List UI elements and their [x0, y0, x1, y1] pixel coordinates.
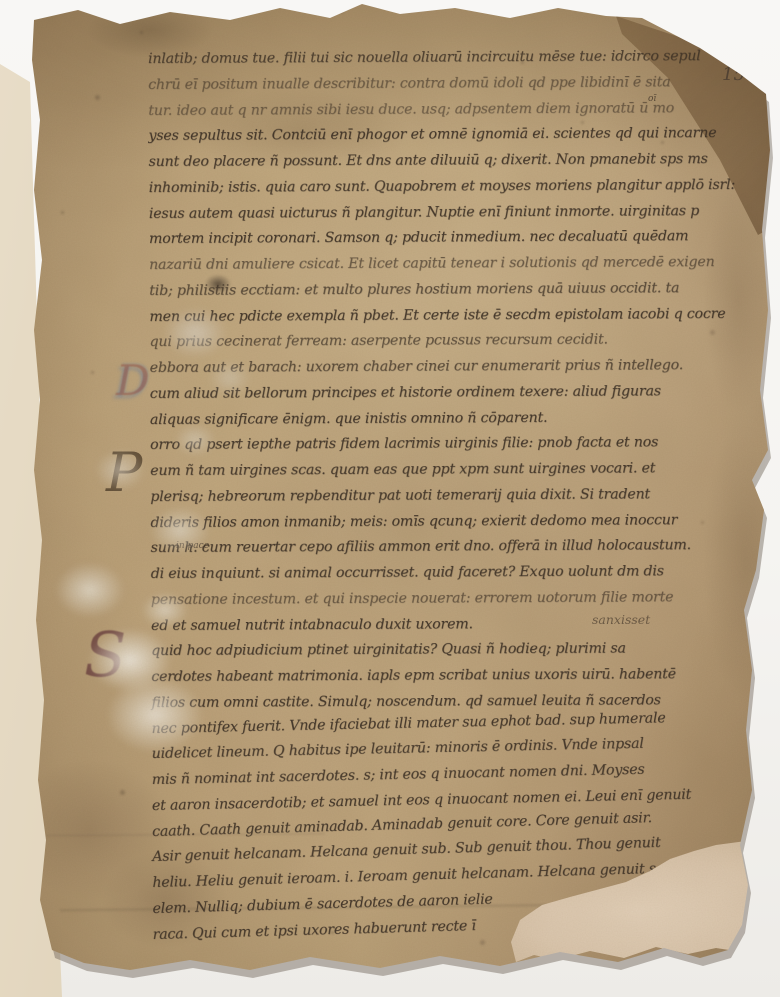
manuscript-line-28: uidelicet lineum. Q habitus ipe leuitarū…	[151, 730, 755, 768]
white-stain-upper	[140, 268, 260, 408]
decorated-initial-d: D	[116, 360, 150, 402]
manuscript-line-27: nec pontifex fuerit. Vnde ifaciebat illi…	[151, 704, 755, 742]
torn-corner-fragment	[0, 0, 780, 260]
manuscript-line-18: plerisq; hebreorum repbenditur pat uoti …	[150, 482, 754, 511]
manuscript-line-7: iesus autem quasi uicturus ñ plangitur. …	[149, 198, 753, 227]
margin-note: sanxisset	[592, 612, 650, 627]
manuscript-line-24: quid hoc adpiudicium ptinet uirginitatis…	[151, 636, 755, 665]
manuscript-text-block: inlatib; domus tue. filii tui sic nouell…	[148, 44, 757, 948]
ink-blot-stain	[196, 266, 242, 304]
parchment-leaf: inlatib; domus tue. filii tui sic nouell…	[0, 0, 780, 997]
manuscript-line-20: sum h. cum reuertar cepo afiliis ammon e…	[151, 533, 755, 562]
manuscript-line-13: ebbora aut et barach: uxorem chaber cine…	[150, 353, 754, 382]
manuscript-line-35: raca. Qui cum et ipsi uxores habuerunt r…	[152, 906, 756, 949]
manuscript-line-30: et aaron insacerdotib; et samuel int eos…	[152, 781, 756, 819]
manuscript-line-34: elem. Nulliq; dubium ē sacerdotes de aar…	[152, 880, 756, 923]
manuscript-line-16: orro qd psert iepthe patris fidem lacrim…	[150, 430, 754, 459]
manuscript-line-1: inlatib; domus tue. filii tui sic nouell…	[148, 44, 752, 73]
manuscript-line-22: pensatione incestum. et qui inspecie nou…	[151, 585, 755, 614]
manuscript-line-19: dideris filios amon inmanib; meis: omīs …	[150, 507, 754, 536]
manuscript-line-32: Asir genuit helcanam. Helcana genuit sub…	[152, 828, 756, 871]
decorated-initial-s: S	[84, 624, 126, 686]
manuscript-line-10: tib; philistiis ecctiam: et multo plures…	[149, 276, 753, 305]
manuscript-line-26: filios cum omni castite. Simulq; noscend…	[151, 688, 755, 717]
manuscript-line-25: cerdotes habeant matrimonia. iapls epm s…	[151, 662, 755, 691]
manuscript-line-12: qui prius cecinerat ferream: aserpente p…	[149, 327, 753, 356]
manuscript-line-17: eum ñ tam uirgines scas. quam eas que pp…	[150, 456, 754, 485]
interlinear-addition-in-pace: in pace	[176, 541, 209, 551]
horizontal-crease	[60, 903, 700, 913]
speckle-stains	[0, 0, 3, 3]
folio-number: 15	[722, 64, 745, 85]
manuscript-line-14: cum aliud sit bellorum principes et hist…	[150, 379, 754, 408]
interlinear-gloss: oī	[648, 94, 656, 104]
manuscript-line-6: inhominib; istis. quia caro sunt. Quapob…	[149, 173, 753, 202]
manuscript-line-29: mis ñ nominat int sacerdotes. s; int eos…	[152, 755, 756, 793]
manuscript-line-3: tur. ideo aut q nr amnis sibi iesu duce.…	[148, 95, 752, 124]
manuscript-line-33: heliu. Heliu genuit ieroam. i. Ieroam ge…	[152, 854, 756, 897]
manuscript-line-11: men cui hec pdicte exempla ñ pbet. Et ce…	[149, 301, 753, 330]
decorated-initial-p: P	[106, 446, 142, 500]
manuscript-line-5: sunt deo placere ñ possunt. Et dns ante …	[149, 147, 753, 176]
top-edge-stain	[0, 0, 780, 170]
manuscript-line-8: mortem incipit coronari. Samson q; pduci…	[149, 224, 753, 253]
manuscript-line-21: di eius inquiunt. si animal occurrisset.…	[151, 559, 755, 588]
manuscript-line-9: nazariū dni amuliere csicat. Et licet ca…	[149, 250, 753, 279]
manuscript-line-23: ed et samuel nutrit intabnaculo duxit ux…	[151, 610, 755, 639]
manuscript-line-4: yses sepultus sit. Contciū enī phogor et…	[148, 121, 752, 150]
photo-background: inlatib; domus tue. filii tui sic nouell…	[0, 0, 780, 997]
manuscript-line-2: chrū eī positum inualle describitur: con…	[148, 70, 752, 99]
horizontal-crease-left	[45, 833, 325, 837]
manuscript-line-15: aliquas significare ēnigm. que inistis o…	[150, 404, 754, 433]
manuscript-line-31: caath. Caath genuit aminadab. Aminadab g…	[152, 803, 756, 846]
